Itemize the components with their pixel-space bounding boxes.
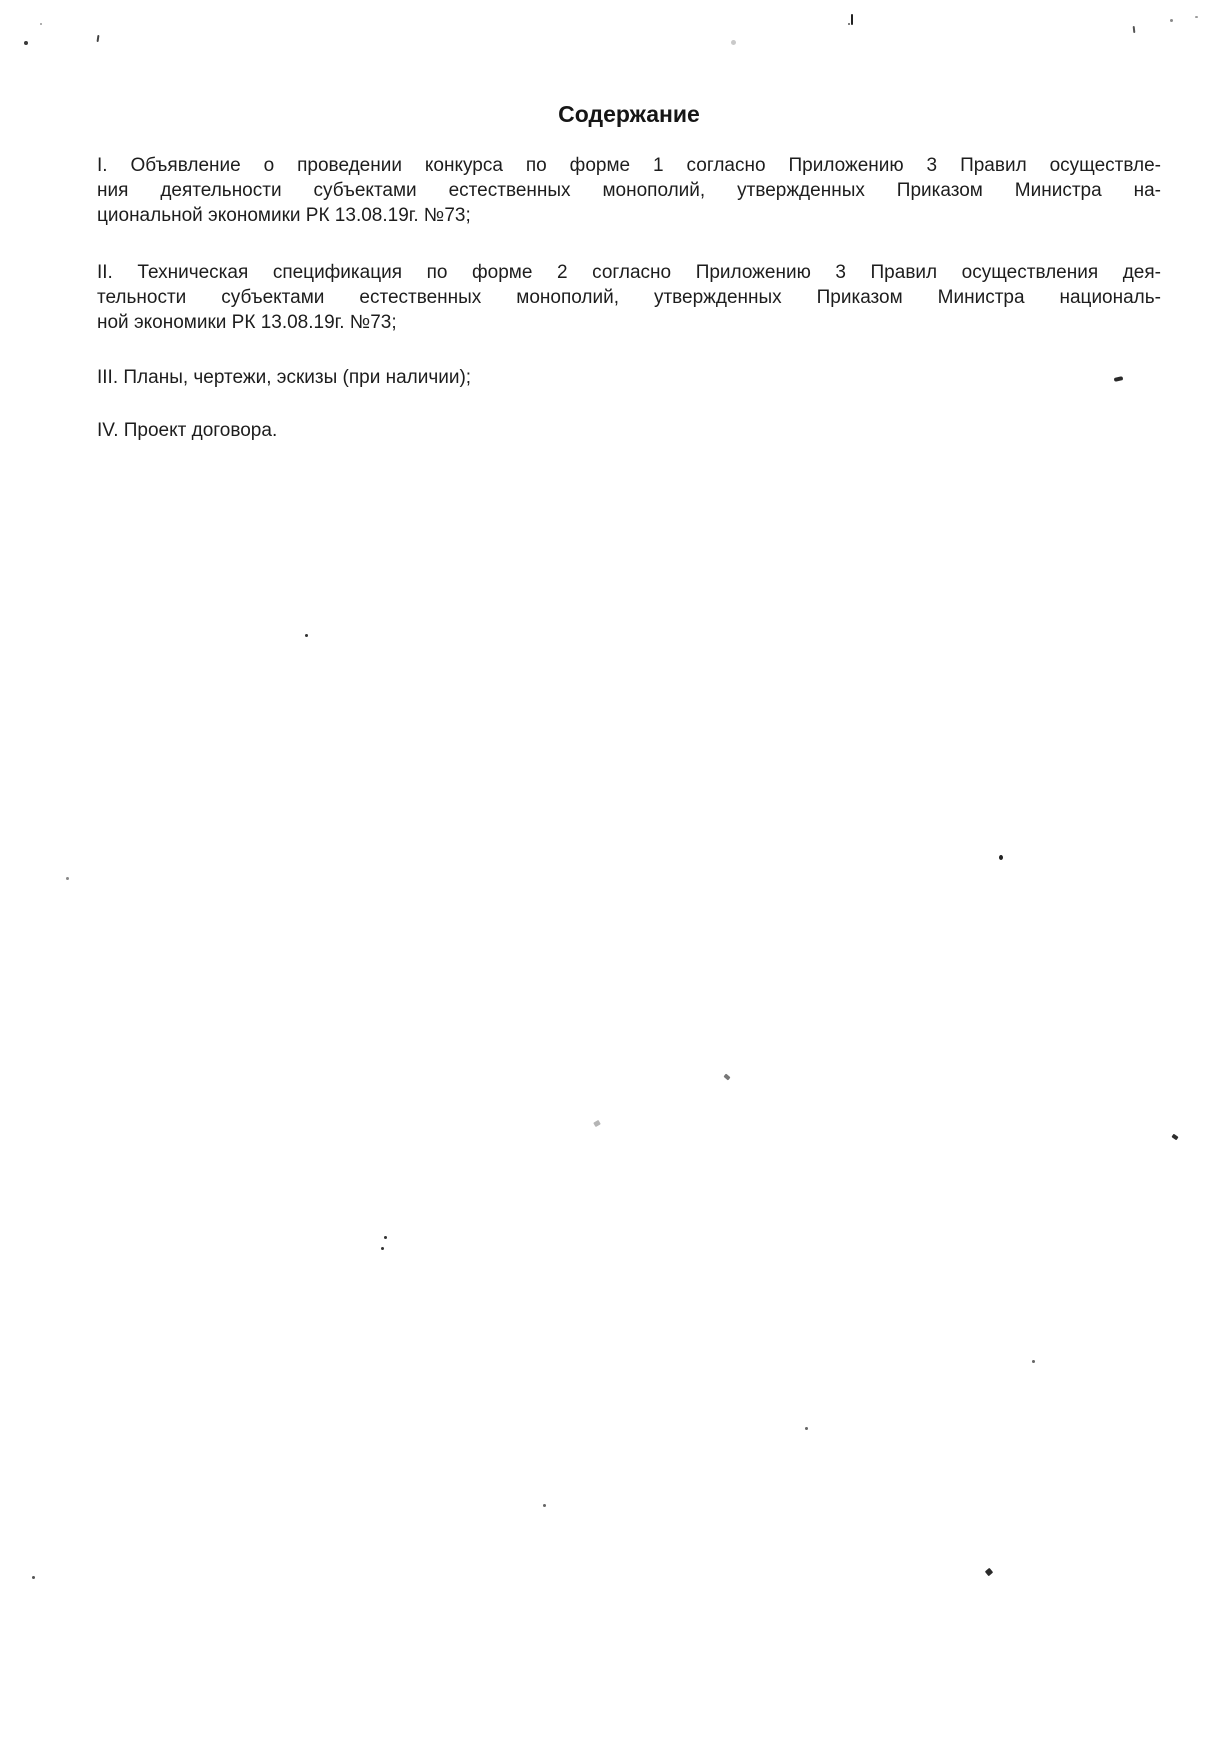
scan-speck: [97, 35, 100, 42]
scan-speck: [1032, 1360, 1035, 1363]
toc-item-3: III. Планы, чертежи, эскизы (при наличии…: [97, 365, 1161, 390]
toc-item-4-line-1: IV. Проект договора.: [97, 418, 1161, 443]
toc-item-1-line-1: I. Объявление о проведении конкурса по ф…: [97, 153, 1161, 178]
scan-speck: [32, 1576, 35, 1579]
scan-speck: [543, 1504, 546, 1507]
scan-speck: [851, 14, 853, 25]
toc-item-3-line-1: III. Планы, чертежи, эскизы (при наличии…: [97, 365, 1161, 390]
scan-speck: [593, 1120, 601, 1127]
scan-speck: [1171, 1134, 1178, 1141]
page-title: Содержание: [97, 100, 1161, 128]
toc-item-1: I. Объявление о проведении конкурса по ф…: [97, 153, 1161, 228]
scan-speck: [381, 1247, 384, 1250]
scanned-document-page: Содержание I. Объявление о проведении ко…: [0, 0, 1225, 1738]
toc-item-2-line-1: II. Техническая спецификация по форме 2 …: [97, 260, 1161, 285]
scan-speck: [305, 634, 308, 637]
toc-item-2-line-2: тельности субъектами естественных монопо…: [97, 285, 1161, 310]
scan-speck: [66, 877, 69, 880]
scan-speck: [848, 23, 850, 25]
scan-speck: [723, 1074, 730, 1081]
scan-speck: [24, 41, 28, 45]
scan-speck: [1195, 16, 1198, 18]
scan-speck: [384, 1236, 387, 1239]
toc-item-4: IV. Проект договора.: [97, 418, 1161, 443]
scan-speck: [1133, 26, 1136, 33]
scan-speck: [40, 23, 42, 25]
toc-item-1-line-3: циональной экономики РК 13.08.19г. №73;: [97, 203, 1161, 228]
scan-speck: [985, 1568, 993, 1576]
toc-item-2-line-3: ной экономики РК 13.08.19г. №73;: [97, 310, 1161, 335]
scan-speck: [999, 855, 1003, 860]
scan-speck: [805, 1427, 808, 1430]
scan-speck: [731, 40, 736, 45]
toc-item-1-line-2: ния деятельности субъектами естественных…: [97, 178, 1161, 203]
toc-item-2: II. Техническая спецификация по форме 2 …: [97, 260, 1161, 335]
scan-speck: [1170, 19, 1173, 22]
